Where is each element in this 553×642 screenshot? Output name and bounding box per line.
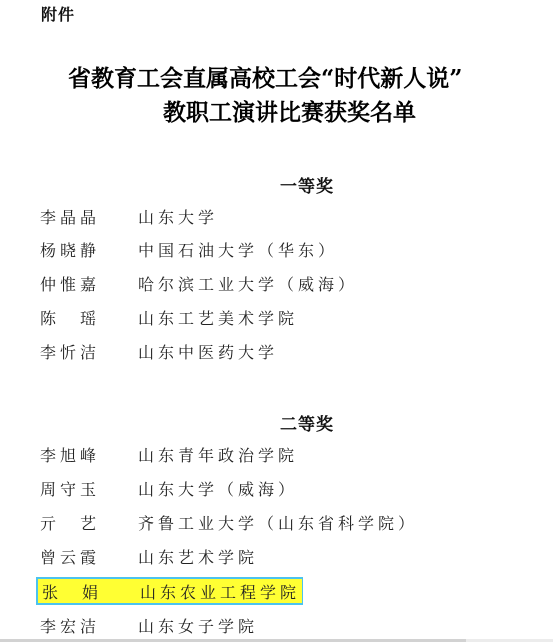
winner-unit: 中国石油大学（华东） (138, 238, 338, 261)
list-item: 陈 瑶 山东工艺美术学院 (40, 304, 298, 330)
winner-name: 陈 瑶 (40, 306, 138, 329)
section-heading-second-prize: 二等奖 (280, 410, 334, 435)
section-heading-first-prize: 一等奖 (280, 172, 334, 197)
list-item: 李晶晶 山东大学 (40, 203, 218, 229)
highlighted-list-item[interactable]: 张 娟 山东农业工程学院 (36, 577, 303, 605)
document-title-line-2: 教职工演讲比赛获奖名单 (0, 94, 553, 127)
winner-name: 李晶晶 (40, 205, 138, 228)
list-item: 周守玉 山东大学（威海） (40, 475, 298, 501)
list-item: 仲惟嘉 哈尔滨工业大学（威海） (40, 270, 358, 296)
list-item: 李旭峰 山东青年政治学院 (40, 441, 298, 467)
list-item: 李宏洁 山东女子学院 (40, 612, 258, 638)
attachment-label: 附件 (41, 2, 75, 25)
winner-unit: 齐鲁工业大学（山东省科学院） (138, 511, 418, 534)
winner-name: 周守玉 (40, 477, 138, 500)
winner-unit: 山东大学（威海） (138, 477, 298, 500)
winner-name: 张 娟 (42, 580, 140, 603)
winner-name: 曾云霞 (40, 545, 138, 568)
winner-name: 李旭峰 (40, 443, 138, 466)
winner-unit: 山东艺术学院 (138, 545, 258, 568)
list-item: 杨晓静 中国石油大学（华东） (40, 236, 338, 262)
winner-name: 李宏洁 (40, 614, 138, 637)
list-item: 亓 艺 齐鲁工业大学（山东省科学院） (40, 509, 418, 535)
winner-unit: 山东中医药大学 (138, 340, 278, 363)
list-item: 曾云霞 山东艺术学院 (40, 543, 258, 569)
winner-unit: 山东农业工程学院 (140, 580, 300, 603)
winner-unit: 山东工艺美术学院 (138, 306, 298, 329)
winner-unit: 山东青年政治学院 (138, 443, 298, 466)
document-title-line-1: 省教育工会直属高校工会“时代新人说” (36, 60, 553, 93)
winner-unit: 哈尔滨工业大学（威海） (138, 272, 358, 295)
winner-name: 杨晓静 (40, 238, 138, 261)
winner-name: 李忻洁 (40, 340, 138, 363)
winner-name: 仲惟嘉 (40, 272, 138, 295)
winner-name: 亓 艺 (40, 511, 138, 534)
winner-unit: 山东大学 (138, 205, 218, 228)
list-item: 李忻洁 山东中医药大学 (40, 338, 278, 364)
winner-unit: 山东女子学院 (138, 614, 258, 637)
